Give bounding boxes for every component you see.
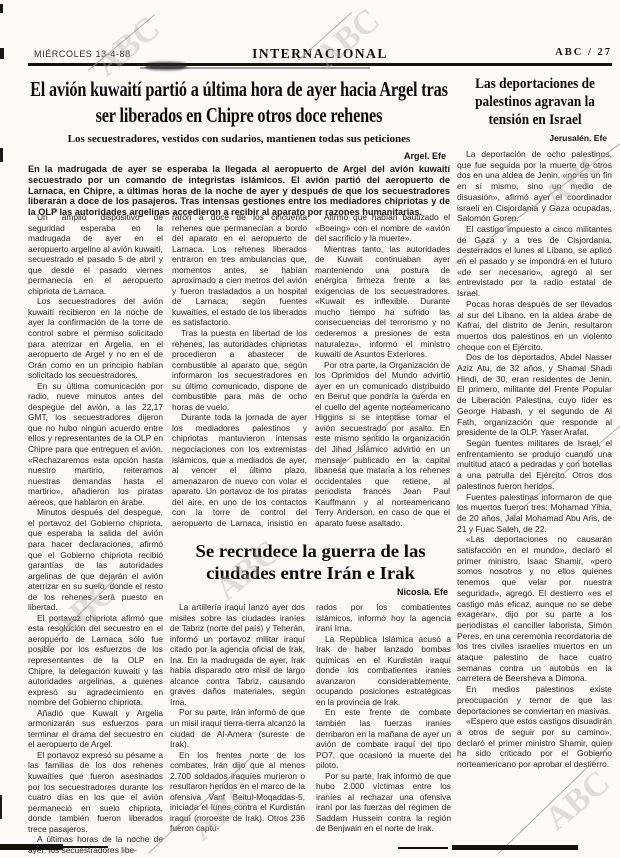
footer-bar [398, 847, 448, 849]
sidebar-article-column: La deportación de ocho palestinos, que f… [457, 149, 612, 789]
war-headline: Se recrudece la guerra de las ciudades e… [170, 540, 451, 584]
edge-mark [0, 4, 3, 13]
paragraph: El castigo impuesto a cinco militantes d… [457, 224, 612, 299]
main-headline: El avión kuwaití partió a última hora de… [28, 76, 450, 128]
paragraph: Según fuentes militares de Israel, el en… [457, 438, 612, 492]
edge-mark [0, 48, 4, 59]
ink-smudge [145, 62, 187, 70]
main-article-column-3: Afirmó que habían bautizado el «Boeing» … [315, 212, 450, 530]
paragraph: En los frentes norte de los combates, Ir… [170, 750, 305, 834]
page-header: MIÉRCOLES 13-4-88 INTERNACIONAL ABC / 27 [28, 46, 612, 62]
paragraph: Tras la puesta en libertad de los rehene… [172, 328, 307, 412]
paragraph: La deportación de ocho palestinos, que f… [457, 149, 612, 224]
paragraph: La artillería iraquí lanzó ayer dos misi… [170, 602, 305, 707]
paragraph: El portavoz expresó su pésame a las fami… [28, 750, 163, 834]
page-number: ABC / 27 [555, 47, 612, 58]
paragraph: Afirmó que habían bautizado el «Boeing» … [315, 212, 450, 244]
paragraph: El portavoz chipriota afirmó que esta re… [28, 613, 163, 708]
paragraph: Por su parte, Irak informó de que hubo 2… [316, 771, 451, 834]
main-lead-paragraph: En la madrugada de ayer se esperaba la l… [28, 164, 450, 218]
paragraph: Por otra parte, la Organización de los O… [315, 360, 450, 529]
main-article-column-2: raron a doce de los cincuenta rehenes qu… [172, 212, 307, 530]
paragraph: Añadió que Kuwait y Argelia armonizarán … [28, 708, 163, 750]
paragraph: «Espero que estos castigos disuadirán a … [457, 716, 612, 770]
header-rule [28, 63, 612, 66]
section-title: INTERNACIONAL [28, 46, 612, 62]
main-byline: Argel. Efe [404, 151, 446, 161]
footer-bar [63, 846, 108, 848]
paragraph: Un amplio dispositivo de seguridad esper… [28, 212, 163, 296]
paragraph: Los secuestradores del avión kuwaití rec… [28, 296, 163, 380]
edge-mark [0, 148, 3, 162]
war-article-column-1: La artillería iraquí lanzó ayer dos misi… [170, 602, 305, 852]
paragraph: rados por los combatientes islámicos, in… [316, 602, 451, 634]
paragraph: La República Islámica acusó a Irak de ha… [316, 634, 451, 708]
paragraph: En medios palestinos existe preocupación… [457, 684, 612, 716]
sidebar-byline: Jerusalén. Efe [549, 133, 607, 143]
main-subhead: Los secuestradores, vestidos con sudario… [28, 133, 450, 145]
paragraph: En este frente de combate también las fu… [316, 707, 451, 770]
paragraph: «Las deportaciones no causarán satisfacc… [457, 534, 612, 684]
paragraph: raron a doce de los cincuenta rehenes qu… [172, 212, 307, 328]
newspaper-page: MIÉRCOLES 13-4-88 INTERNACIONAL ABC / 27… [0, 0, 620, 858]
paragraph: Fuentes palestinas informaron de que los… [457, 492, 612, 535]
paragraph: Pocas horas después de ser llevados al s… [457, 299, 612, 353]
paragraph: En su última comunicación por radio, nue… [28, 381, 163, 508]
footer-bar [0, 844, 63, 850]
edge-mark [0, 795, 2, 819]
paragraph: Minutos después del despegue, el portavo… [28, 507, 163, 612]
paragraph: Por su parte, Irán informó de que un mis… [170, 707, 305, 749]
main-article-column-1: Un amplio dispositivo de seguridad esper… [28, 212, 163, 854]
sidebar-headline: Las deportaciones de palestinos agravan … [457, 75, 613, 129]
paragraph: Dos de los deportados, Abdel Nasser Aziz… [457, 352, 612, 438]
footer-bar [452, 845, 578, 850]
paragraph: Mientras tanto, las autoridades de Kuwai… [315, 244, 450, 360]
war-byline: Nicosia. Efe [397, 587, 448, 597]
paragraph: Durante toda la jornada de ayer los medi… [172, 412, 307, 530]
war-article-column-2: rados por los combatientes islámicos, in… [316, 602, 451, 852]
